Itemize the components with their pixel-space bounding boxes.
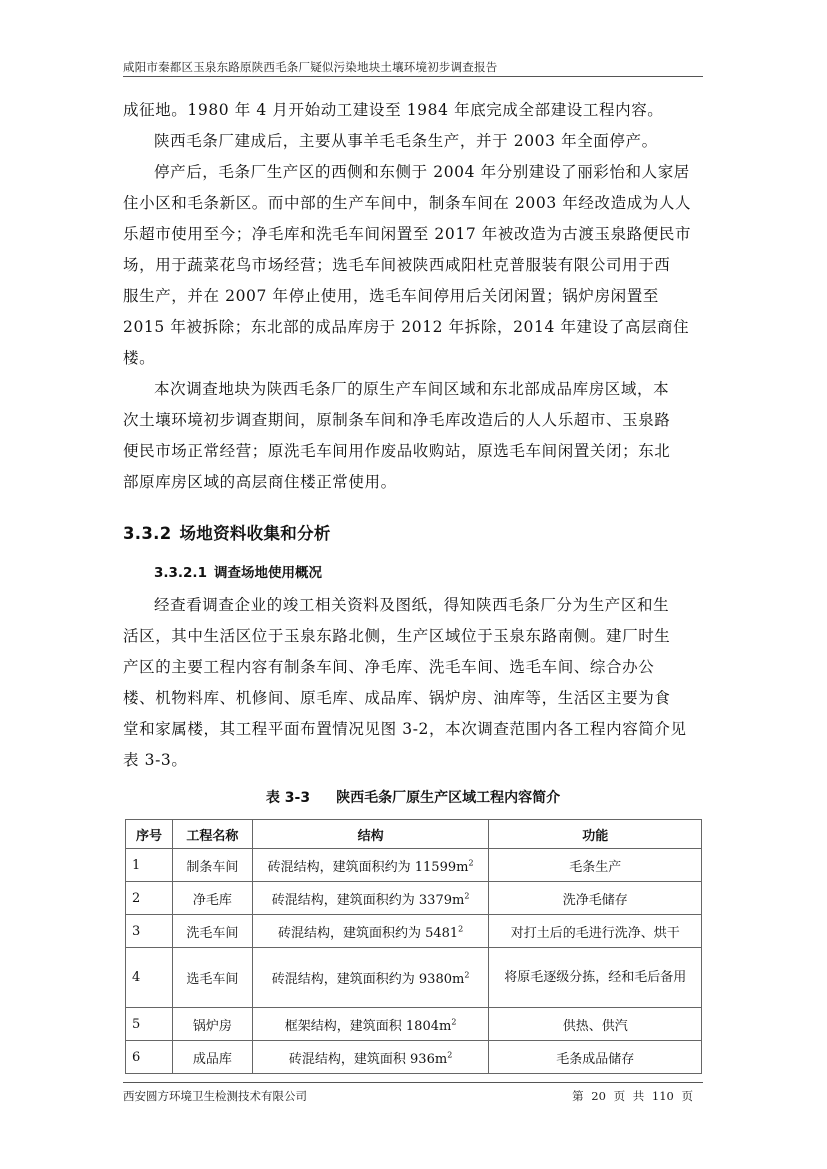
cell-name: 选毛车间: [172, 948, 252, 1008]
text-line: 表 3-3。: [123, 751, 188, 769]
section-heading: 3.3.2场地资料收集和分析: [123, 522, 331, 546]
project-table: 序号 工程名称 结构 功能 1 制条车间 砖混结构，建筑面积约为 11599m2…: [125, 819, 702, 1074]
cell-function: 洗净毛储存: [489, 882, 702, 915]
section-number: 3.3.2: [123, 524, 171, 543]
header-cell-function: 功能: [489, 820, 702, 849]
structure-text: 框架结构，建筑面积 1804m: [285, 1019, 452, 1034]
text-line: 成征地。1980 年 4 月开始动工建设至 1984 年底完成全部建设工程内容。: [123, 101, 663, 119]
superscript: 2: [447, 1050, 452, 1059]
cell-function: 毛条生产: [489, 849, 702, 882]
page-number: 第 20 页 共 110 页: [572, 1086, 693, 1106]
cell-no: 4: [126, 948, 173, 1008]
text-line: 楼、机物料库、机修间、原毛库、成品库、锅炉房、油库等，生活区主要为食: [123, 689, 670, 707]
text-line: 部原库房区域的高层商住楼正常使用。: [123, 473, 397, 491]
text-line: 本次调查地块为陕西毛条厂的原生产车间区域和东北部成品库房区域，本: [154, 380, 669, 398]
section-title: 场地资料收集和分析: [179, 524, 330, 543]
cell-function: 毛条成品储存: [489, 1041, 702, 1074]
table-row: 2 净毛库 砖混结构，建筑面积约为 3379m2 洗净毛储存: [126, 882, 702, 915]
paragraph: 成征地。1980 年 4 月开始动工建设至 1984 年底完成全部建设工程内容。: [123, 95, 703, 126]
paragraph: 经查看调查企业的竣工相关资料及图纸，得知陕西毛条厂分为生产区和生 活区，其中生活…: [123, 590, 703, 776]
function-text: 将原毛逐级分拣，经和毛后备用: [495, 963, 695, 993]
cell-name: 制条车间: [172, 849, 252, 882]
table-header-row: 序号 工程名称 结构 功能: [126, 820, 702, 849]
text-line: 住小区和毛条新区。而中部的生产车间中，制条车间在 2003 年经改造成为人人: [123, 194, 691, 212]
text-line: 活区，其中生活区位于玉泉东路北侧，生产区域位于玉泉东路南侧。建厂时生: [123, 627, 670, 645]
table-row: 3 洗毛车间 砖混结构，建筑面积约为 54812 对打土后的毛进行洗净、烘干: [126, 915, 702, 948]
cell-no: 2: [126, 882, 173, 915]
cell-no: 5: [126, 1008, 173, 1041]
text-line: 便民市场正常经营；原洗毛车间用作废品收购站，原选毛车间闲置关闭；东北: [123, 442, 670, 460]
text-line: 陕西毛条厂建成后，主要从事羊毛毛条生产，并于 2003 年全面停产。: [154, 132, 658, 150]
table-number: 表 3-3: [266, 790, 310, 806]
superscript: 2: [464, 891, 469, 900]
cell-name: 锅炉房: [172, 1008, 252, 1041]
cell-structure: 砖混结构，建筑面积约为 11599m2: [252, 849, 489, 882]
table-caption: 表 3-3陕西毛条厂原生产区域工程内容简介: [123, 788, 703, 808]
cell-structure: 砖混结构，建筑面积约为 54812: [252, 915, 489, 948]
subsection-number: 3.3.2.1: [154, 565, 207, 581]
table-row: 4 选毛车间 砖混结构，建筑面积约为 9380m2 将原毛逐级分拣，经和毛后备用: [126, 948, 702, 1008]
structure-text: 砖混结构，建筑面积约为 9380m: [272, 972, 465, 987]
text-line: 经查看调查企业的竣工相关资料及图纸，得知陕西毛条厂分为生产区和生: [154, 596, 669, 614]
cell-name: 成品库: [172, 1041, 252, 1074]
footer-company: 西安圆方环境卫生检测技术有限公司: [123, 1086, 307, 1106]
text-line: 停产后，毛条厂生产区的西侧和东侧于 2004 年分别建设了丽彩怡和人家居: [154, 163, 690, 181]
text-line: 服生产，并在 2007 年停止使用，选毛车间停用后关闭闲置；锅炉房闲置至: [123, 287, 659, 305]
subsection-title: 调查场地使用概况: [214, 565, 322, 581]
header-title: 咸阳市秦都区玉泉东路原陕西毛条厂疑似污染地块土壤环境初步调查报告: [123, 60, 497, 74]
cell-no: 6: [126, 1041, 173, 1074]
header-cell-name: 工程名称: [172, 820, 252, 849]
subsection-heading: 3.3.2.1调查场地使用概况: [154, 563, 322, 583]
cell-function: 将原毛逐级分拣，经和毛后备用: [489, 948, 702, 1008]
body-text-block-1: 成征地。1980 年 4 月开始动工建设至 1984 年底完成全部建设工程内容。…: [123, 95, 703, 498]
cell-name: 净毛库: [172, 882, 252, 915]
table-row: 6 成品库 砖混结构，建筑面积 936m2 毛条成品储存: [126, 1041, 702, 1074]
header-cell-no: 序号: [126, 820, 173, 849]
structure-text: 砖混结构，建筑面积约为 11599m: [268, 860, 469, 875]
text-line: 堂和家属楼，其工程平面布置情况见图 3-2，本次调查范围内各工程内容简介见: [123, 720, 687, 738]
table-row: 1 制条车间 砖混结构，建筑面积约为 11599m2 毛条生产: [126, 849, 702, 882]
paragraph: 停产后，毛条厂生产区的西侧和东侧于 2004 年分别建设了丽彩怡和人家居 住小区…: [123, 157, 703, 374]
cell-no: 3: [126, 915, 173, 948]
structure-text: 砖混结构，建筑面积约为 5481: [278, 926, 458, 941]
page-footer: 西安圆方环境卫生检测技术有限公司 第 20 页 共 110 页: [123, 1082, 703, 1086]
page-header: 咸阳市秦都区玉泉东路原陕西毛条厂疑似污染地块土壤环境初步调查报告: [123, 60, 703, 77]
text-line: 2015 年被拆除；东北部的成品库房于 2012 年拆除，2014 年建设了高层…: [123, 318, 689, 336]
paragraph: 陕西毛条厂建成后，主要从事羊毛毛条生产，并于 2003 年全面停产。: [123, 126, 703, 157]
structure-text: 砖混结构，建筑面积 936m: [289, 1052, 447, 1067]
structure-text: 砖混结构，建筑面积约为 3379m: [272, 893, 465, 908]
superscript: 2: [464, 971, 469, 980]
text-line: 产区的主要工程内容有制条车间、净毛库、洗毛车间、选毛车间、综合办公: [123, 658, 654, 676]
paragraph: 本次调查地块为陕西毛条厂的原生产车间区域和东北部成品库房区域，本 次土壤环境初步…: [123, 374, 703, 498]
text-line: 次土壤环境初步调查期间，原制条车间和净毛库改造后的人人乐超市、玉泉路: [123, 411, 670, 429]
superscript: 2: [468, 858, 473, 867]
text-line: 楼。: [123, 349, 155, 367]
cell-function: 对打土后的毛进行洗净、烘干: [489, 915, 702, 948]
superscript: 2: [458, 924, 463, 933]
cell-name: 洗毛车间: [172, 915, 252, 948]
text-line: 乐超市使用至今；净毛库和洗毛车间闲置至 2017 年被改造为古渡玉泉路便民市: [123, 225, 691, 243]
cell-structure: 砖混结构，建筑面积约为 9380m2: [252, 948, 489, 1008]
text-line: 场，用于蔬菜花鸟市场经营；选毛车间被陕西咸阳杜克普服装有限公司用于西: [123, 256, 670, 274]
superscript: 2: [451, 1017, 456, 1026]
cell-function: 供热、供汽: [489, 1008, 702, 1041]
cell-structure: 框架结构，建筑面积 1804m2: [252, 1008, 489, 1041]
cell-no: 1: [126, 849, 173, 882]
cell-structure: 砖混结构，建筑面积约为 3379m2: [252, 882, 489, 915]
table-title: 陕西毛条厂原生产区域工程内容简介: [336, 790, 560, 806]
body-text-block-2: 经查看调查企业的竣工相关资料及图纸，得知陕西毛条厂分为生产区和生 活区，其中生活…: [123, 590, 703, 776]
cell-structure: 砖混结构，建筑面积 936m2: [252, 1041, 489, 1074]
table-row: 5 锅炉房 框架结构，建筑面积 1804m2 供热、供汽: [126, 1008, 702, 1041]
header-cell-structure: 结构: [252, 820, 489, 849]
